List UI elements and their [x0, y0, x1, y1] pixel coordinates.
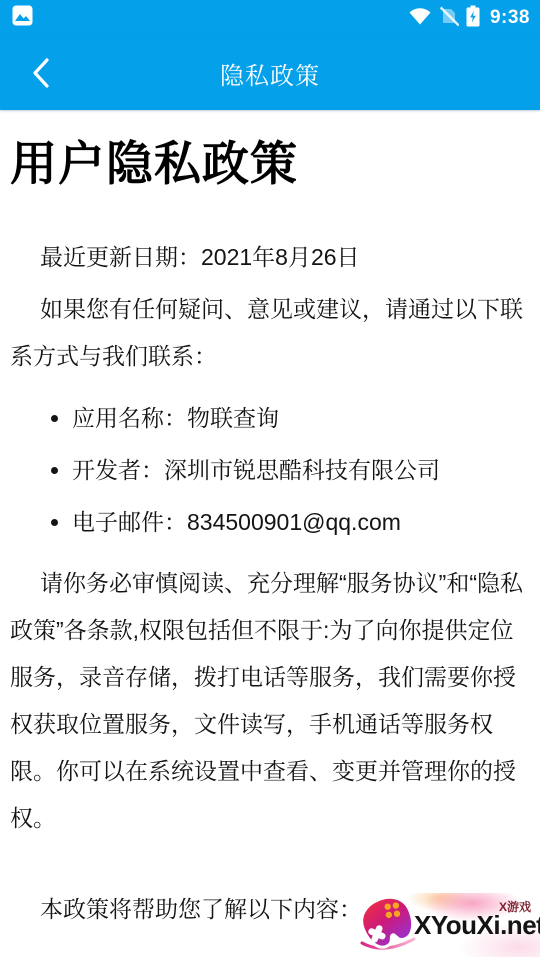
terms-paragraph: 请你务必审慎阅读、充分理解“服务协议”和“隐私政策”各条款,权限包括但不限于:为… [10, 560, 530, 842]
page-title: 隐私政策 [0, 56, 540, 91]
status-bar: 9:38 [0, 0, 540, 36]
wifi-icon [408, 6, 432, 30]
policy-heading: 用户隐私政策 [10, 136, 530, 192]
list-item-app-name: 应用名称：物联查询 [72, 404, 530, 432]
contact-intro: 如果您有任何疑问、意见或建议，请通过以下联系方式与我们联系： [10, 286, 530, 380]
chevron-left-icon [31, 57, 51, 89]
image-notification-icon [12, 5, 33, 31]
update-date-line: 最近更新日期：2021年8月26日 [10, 234, 530, 281]
gamepad-icon [356, 891, 418, 960]
list-item-email: 电子邮件：834500901@qq.com [72, 508, 530, 536]
contact-list: 应用名称：物联查询 开发者：深圳市锐思酷科技有限公司 电子邮件：83450090… [10, 404, 530, 536]
list-item-developer: 开发者：深圳市锐思酷科技有限公司 [72, 456, 530, 484]
screen: 9:38 隐私政策 用户隐私政策 最近更新日期：2021年8月26日 如果您有任… [0, 0, 540, 960]
battery-charging-icon [466, 5, 480, 32]
app-bar: 隐私政策 [0, 36, 540, 110]
no-sim-icon [439, 6, 459, 31]
watermark-badge: XYouXi.net X游戏 [362, 893, 540, 957]
status-time: 9:38 [490, 7, 530, 29]
back-button[interactable] [24, 56, 58, 90]
policy-content[interactable]: 用户隐私政策 最近更新日期：2021年8月26日 如果您有任何疑问、意见或建议，… [0, 136, 540, 933]
watermark-tag-text: X游戏 [499, 898, 531, 915]
